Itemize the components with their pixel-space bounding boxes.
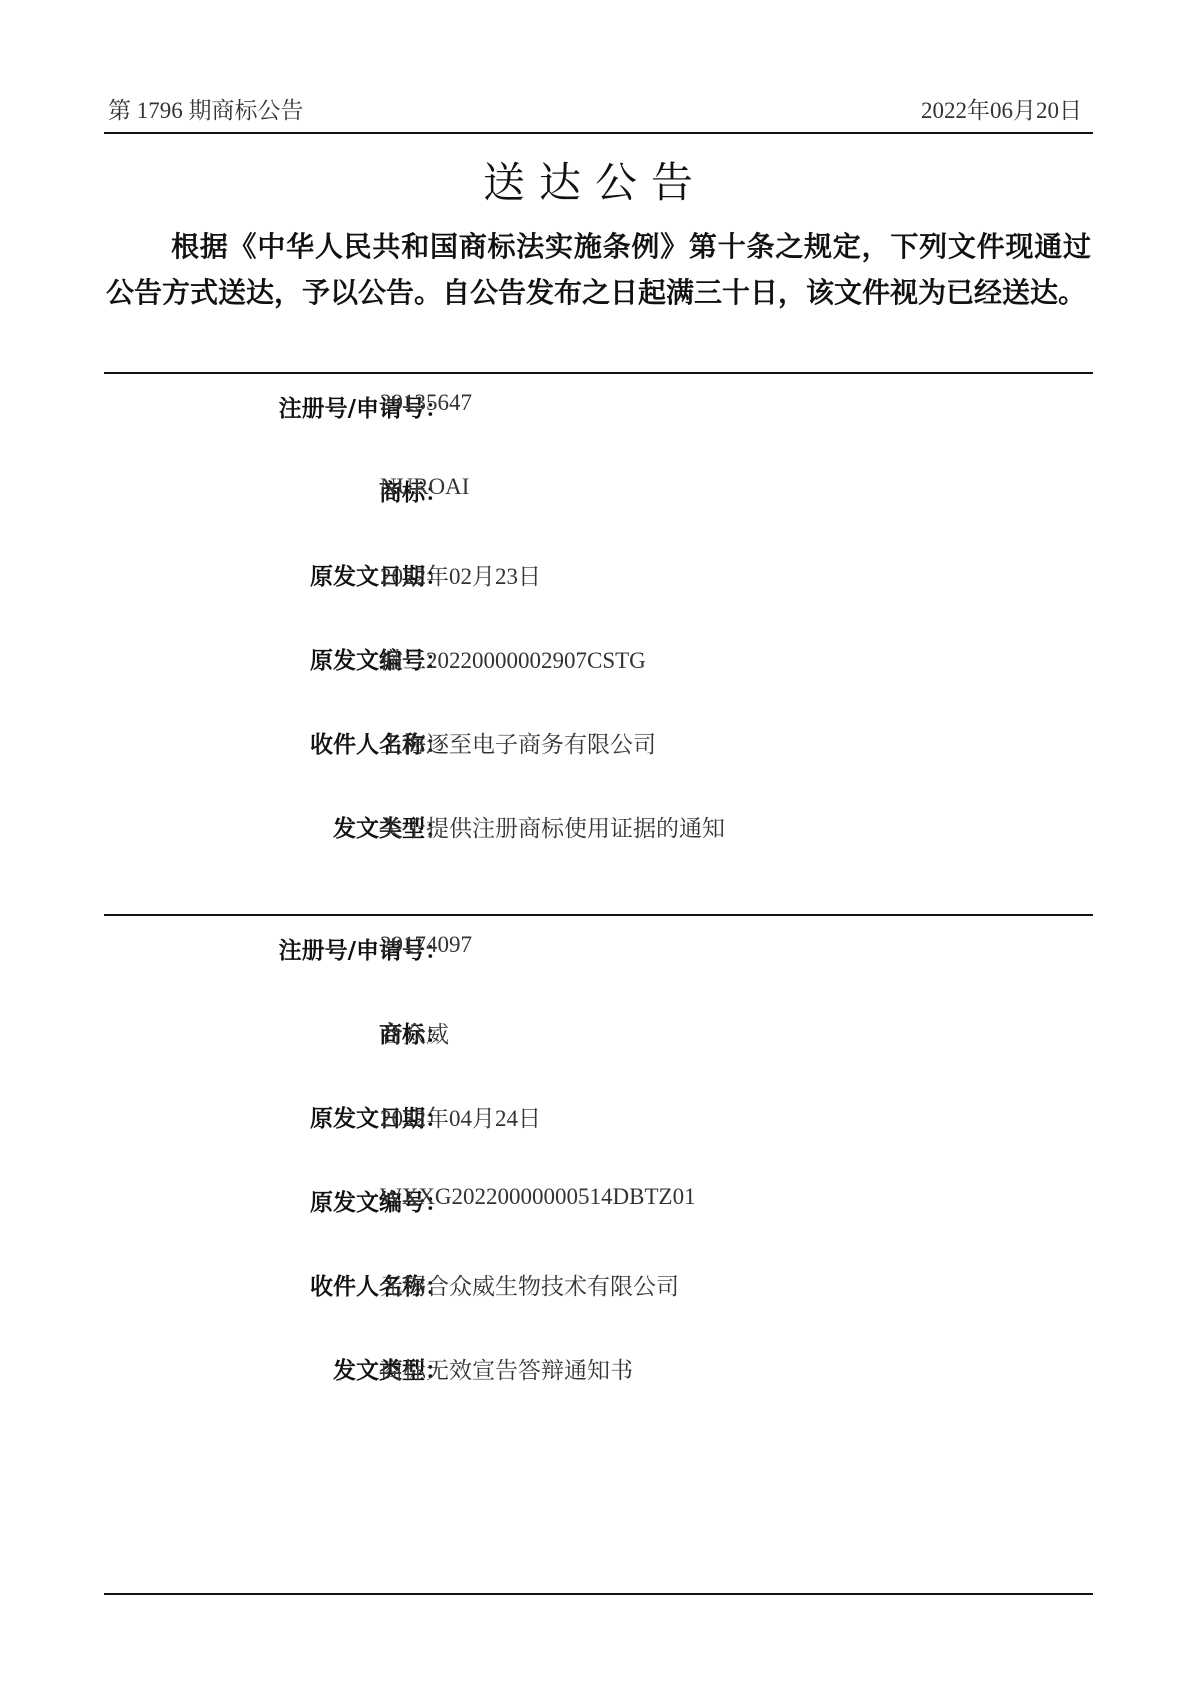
- issue-number: 第 1796 期商标公告: [108, 92, 304, 125]
- footer-divider: [104, 1593, 1093, 1595]
- field-value: 2022年02月23日: [380, 558, 541, 591]
- publication-date: 2022年06月20日: [921, 92, 1082, 125]
- page-title: 送达公告: [0, 150, 1190, 210]
- record-divider: [104, 372, 1093, 374]
- header-divider: [104, 132, 1093, 134]
- field-value: NUROAI: [380, 474, 469, 500]
- field-value: 无锡合众威生物技术有限公司: [380, 1268, 679, 1301]
- field-row-original-number: 原发文编号： 撤三20220000002907CSTG: [104, 642, 1093, 682]
- field-row-document-type: 发文类型： 关于提供注册商标使用证据的通知: [104, 810, 1093, 850]
- field-row-original-date: 原发文日期： 2022年02月23日: [104, 558, 1093, 598]
- document-page: 第 1796 期商标公告 2022年06月20日 送达公告 根据《中华人民共和国…: [0, 0, 1190, 1684]
- intro-paragraph: 根据《中华人民共和国商标法实施条例》第十条之规定，下列文件现通过公告方式送达，予…: [106, 224, 1091, 316]
- field-row-original-number: 原发文编号： WXXG20220000000514DBTZ01: [104, 1184, 1093, 1224]
- field-row-trademark: 商标： 合众威: [104, 1016, 1093, 1056]
- field-row-registration-number: 注册号/申请号： 29135647: [104, 390, 1093, 430]
- field-row-recipient: 收件人名称： 无锡合众威生物技术有限公司: [104, 1268, 1093, 1308]
- field-row-document-type: 发文类型： 商标无效宣告答辩通知书: [104, 1352, 1093, 1392]
- field-value: 上海逐至电子商务有限公司: [380, 726, 656, 759]
- record-divider: [104, 914, 1093, 916]
- field-value: 2022年04月24日: [380, 1100, 541, 1133]
- field-value: 29174097: [380, 932, 472, 958]
- field-value: WXXG20220000000514DBTZ01: [380, 1184, 696, 1210]
- field-row-original-date: 原发文日期： 2022年04月24日: [104, 1100, 1093, 1140]
- field-value: 商标无效宣告答辩通知书: [380, 1352, 633, 1385]
- field-row-registration-number: 注册号/申请号： 29174097: [104, 932, 1093, 972]
- field-value: 关于提供注册商标使用证据的通知: [380, 810, 725, 843]
- page-header: 第 1796 期商标公告 2022年06月20日: [104, 92, 1086, 128]
- field-value: 29135647: [380, 390, 472, 416]
- field-row-recipient: 收件人名称： 上海逐至电子商务有限公司: [104, 726, 1093, 766]
- field-row-trademark: 商标： NUROAI: [104, 474, 1093, 514]
- field-value: 合众威: [380, 1016, 449, 1049]
- field-value: 撤三20220000002907CSTG: [380, 642, 646, 675]
